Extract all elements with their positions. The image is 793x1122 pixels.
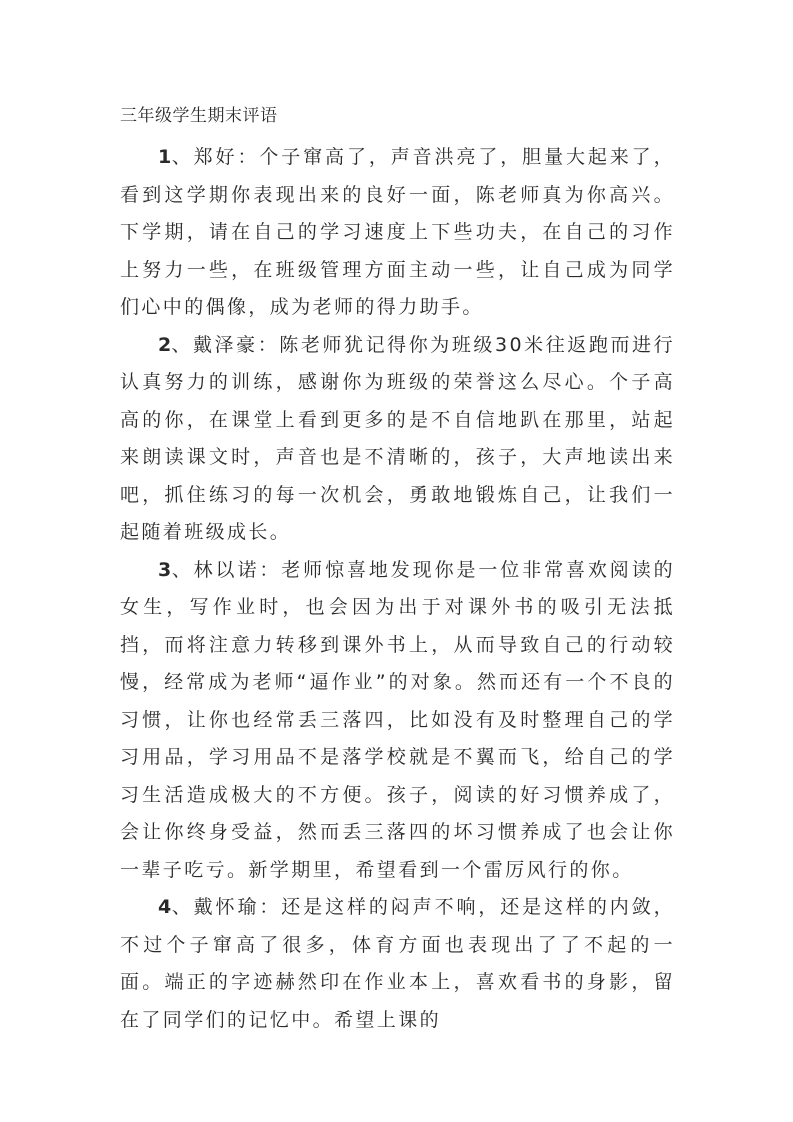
student-name: 郑好 [194, 146, 238, 168]
document-title: 三年级学生期末评语 [120, 102, 675, 130]
comment-separator: 、 [171, 146, 193, 168]
comment-separator: 、 [171, 896, 193, 918]
comment-paragraph-3: 3、林以诺：老师惊喜地发现你是一位非常喜欢阅读的女生，写作业时，也会因为出于对课… [120, 552, 675, 890]
comment-number: 4 [158, 896, 171, 918]
student-name: 戴泽豪 [193, 334, 258, 356]
comment-text: ：老师惊喜地发现你是一位非常喜欢阅读的女生，写作业时，也会因为出于对课外书的吸引… [120, 559, 675, 881]
comment-paragraph-4: 4、戴怀瑜：还是这样的闷声不响，还是这样的内敛，不过个子窜高了很多，体育方面也表… [120, 889, 675, 1039]
document-page: 三年级学生期末评语 1、郑好：个子窜高了，声音洪亮了，胆量大起来了，看到这学期你… [120, 102, 675, 1039]
comment-number: 2 [158, 334, 171, 356]
comment-paragraph-2: 2、戴泽豪：陈老师犹记得你为班级30米往返跑而进行认真努力的训练，感谢你为班级的… [120, 327, 675, 552]
comment-text: ：陈老师犹记得你为班级30米往返跑而进行认真努力的训练，感谢你为班级的荣誉这么尽… [120, 334, 675, 544]
comment-number: 1 [158, 146, 171, 168]
student-name: 戴怀瑜 [194, 896, 260, 918]
comment-text: ：个子窜高了，声音洪亮了，胆量大起来了，看到这学期你表现出来的良好一面，陈老师真… [120, 146, 675, 318]
comment-separator: 、 [171, 334, 193, 356]
comment-number: 3 [158, 559, 171, 581]
comment-paragraph-1: 1、郑好：个子窜高了，声音洪亮了，胆量大起来了，看到这学期你表现出来的良好一面，… [120, 139, 675, 327]
comment-separator: 、 [171, 559, 193, 581]
student-name: 林以诺 [194, 559, 260, 581]
